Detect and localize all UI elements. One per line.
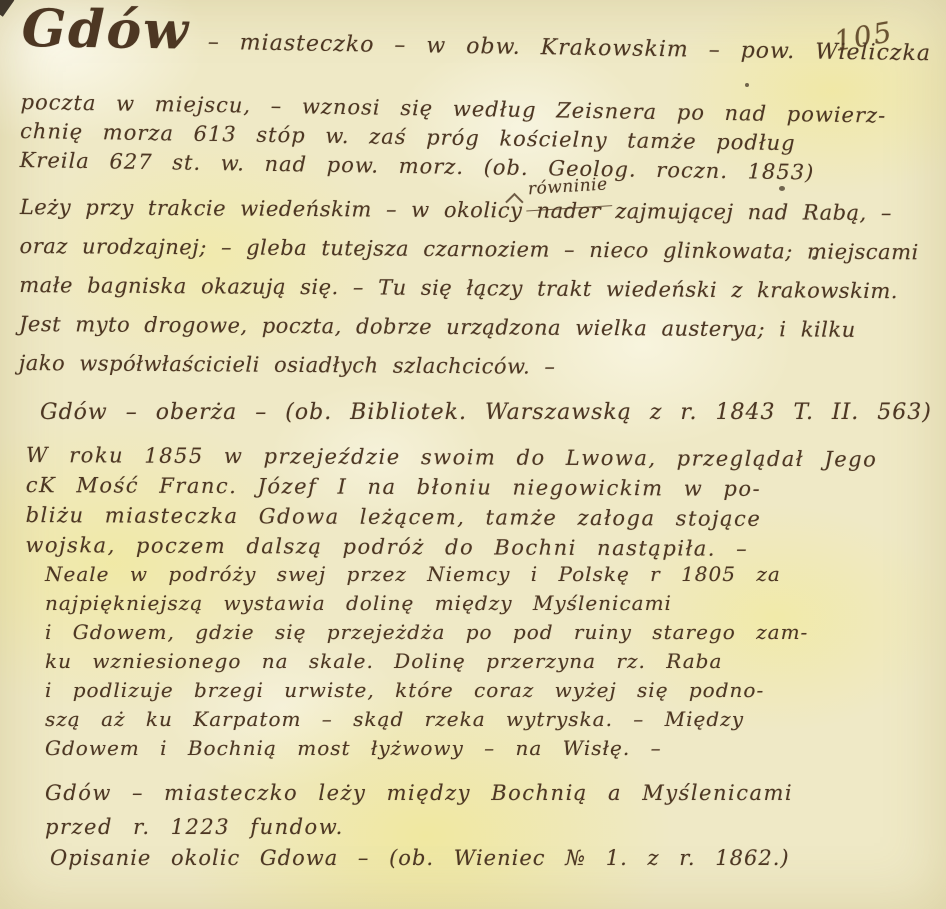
text-line: Leży przy trakcie wiedeńskim – w okolicy… [20,188,919,233]
text-line: bliżu miasteczka Gdowa leżącem, tamże za… [26,500,877,534]
paragraph-imperial-visit: W roku 1855 w przejeździe swoim do Lwowa… [25,440,877,564]
text-line: Gdów – oberża – (ob. Bibliotek. Warszaws… [40,400,932,425]
paragraph-founding: Gdów – miasteczko leży między Bochnią a … [45,776,793,844]
text-line: najpiękniejszą wystawia dolinę między My… [45,589,808,618]
inserted-word: równinie [524,165,612,211]
text-line: Gdowem i Bochnią most łyżwowy – na Wisłę… [45,734,808,763]
text-line: W roku 1855 w przejeździe swoim do Lwowa… [26,440,877,474]
text-line: jako współwłaścicieli osiadłych szlachci… [19,344,918,389]
manuscript-page: 105 Gdów – miasteczko – w obw. Krakowski… [0,0,946,909]
text-line: Opisanie okolic Gdowa – (ob. Wieniec № 1… [50,846,790,870]
text-line: i podlizuje brzegi urwiste, które coraz … [45,676,808,705]
text-line: oraz urodzajnej; – gleba tutejsza czarno… [19,227,918,272]
text-line-content: Leży przy trakcie wiedeńskim – w okolicy… [20,195,892,225]
text-line: przed r. 1223 fundow. [45,810,793,844]
text-line: cK Mość Franc. Józef I na błoniu niegowi… [26,470,877,504]
paragraph-location: Leży przy trakcie wiedeńskim – w okolicy… [19,188,920,389]
text-line: małe bagniska okazują się. – Tu się łącz… [19,266,918,311]
paragraph-title-elevation: Gdów – miasteczko – w obw. Krakowskim – … [19,14,946,190]
text-line: szą aż ku Karpatom – skąd rzeka wytryska… [45,705,808,734]
entry-title-continuation: – miasteczko – w obw. Krakowskim – pow. … [208,28,946,69]
text-line: Gdów – miasteczko leży między Bochnią a … [45,776,793,810]
paragraph-neale-travel: Neale w podróży swej przez Niemcy i Pols… [45,560,808,763]
scan-artifact [0,0,14,17]
text-line: i Gdowem, gdzie się przejeżdża po pod ru… [45,618,808,647]
paragraph-wieniec-reference: Opisanie okolic Gdowa – (ob. Wieniec № 1… [50,846,790,870]
paragraph-oberza-reference: Gdów – oberża – (ob. Bibliotek. Warszaws… [40,400,932,425]
entry-title: Gdów [22,14,191,46]
text-line: Neale w podróży swej przez Niemcy i Pols… [45,560,808,589]
text-line: ku wzniesionego na skale. Dolinę przerzy… [45,647,808,676]
text-line: Jest myto drogowe, poczta, dobrze urządz… [19,305,918,350]
